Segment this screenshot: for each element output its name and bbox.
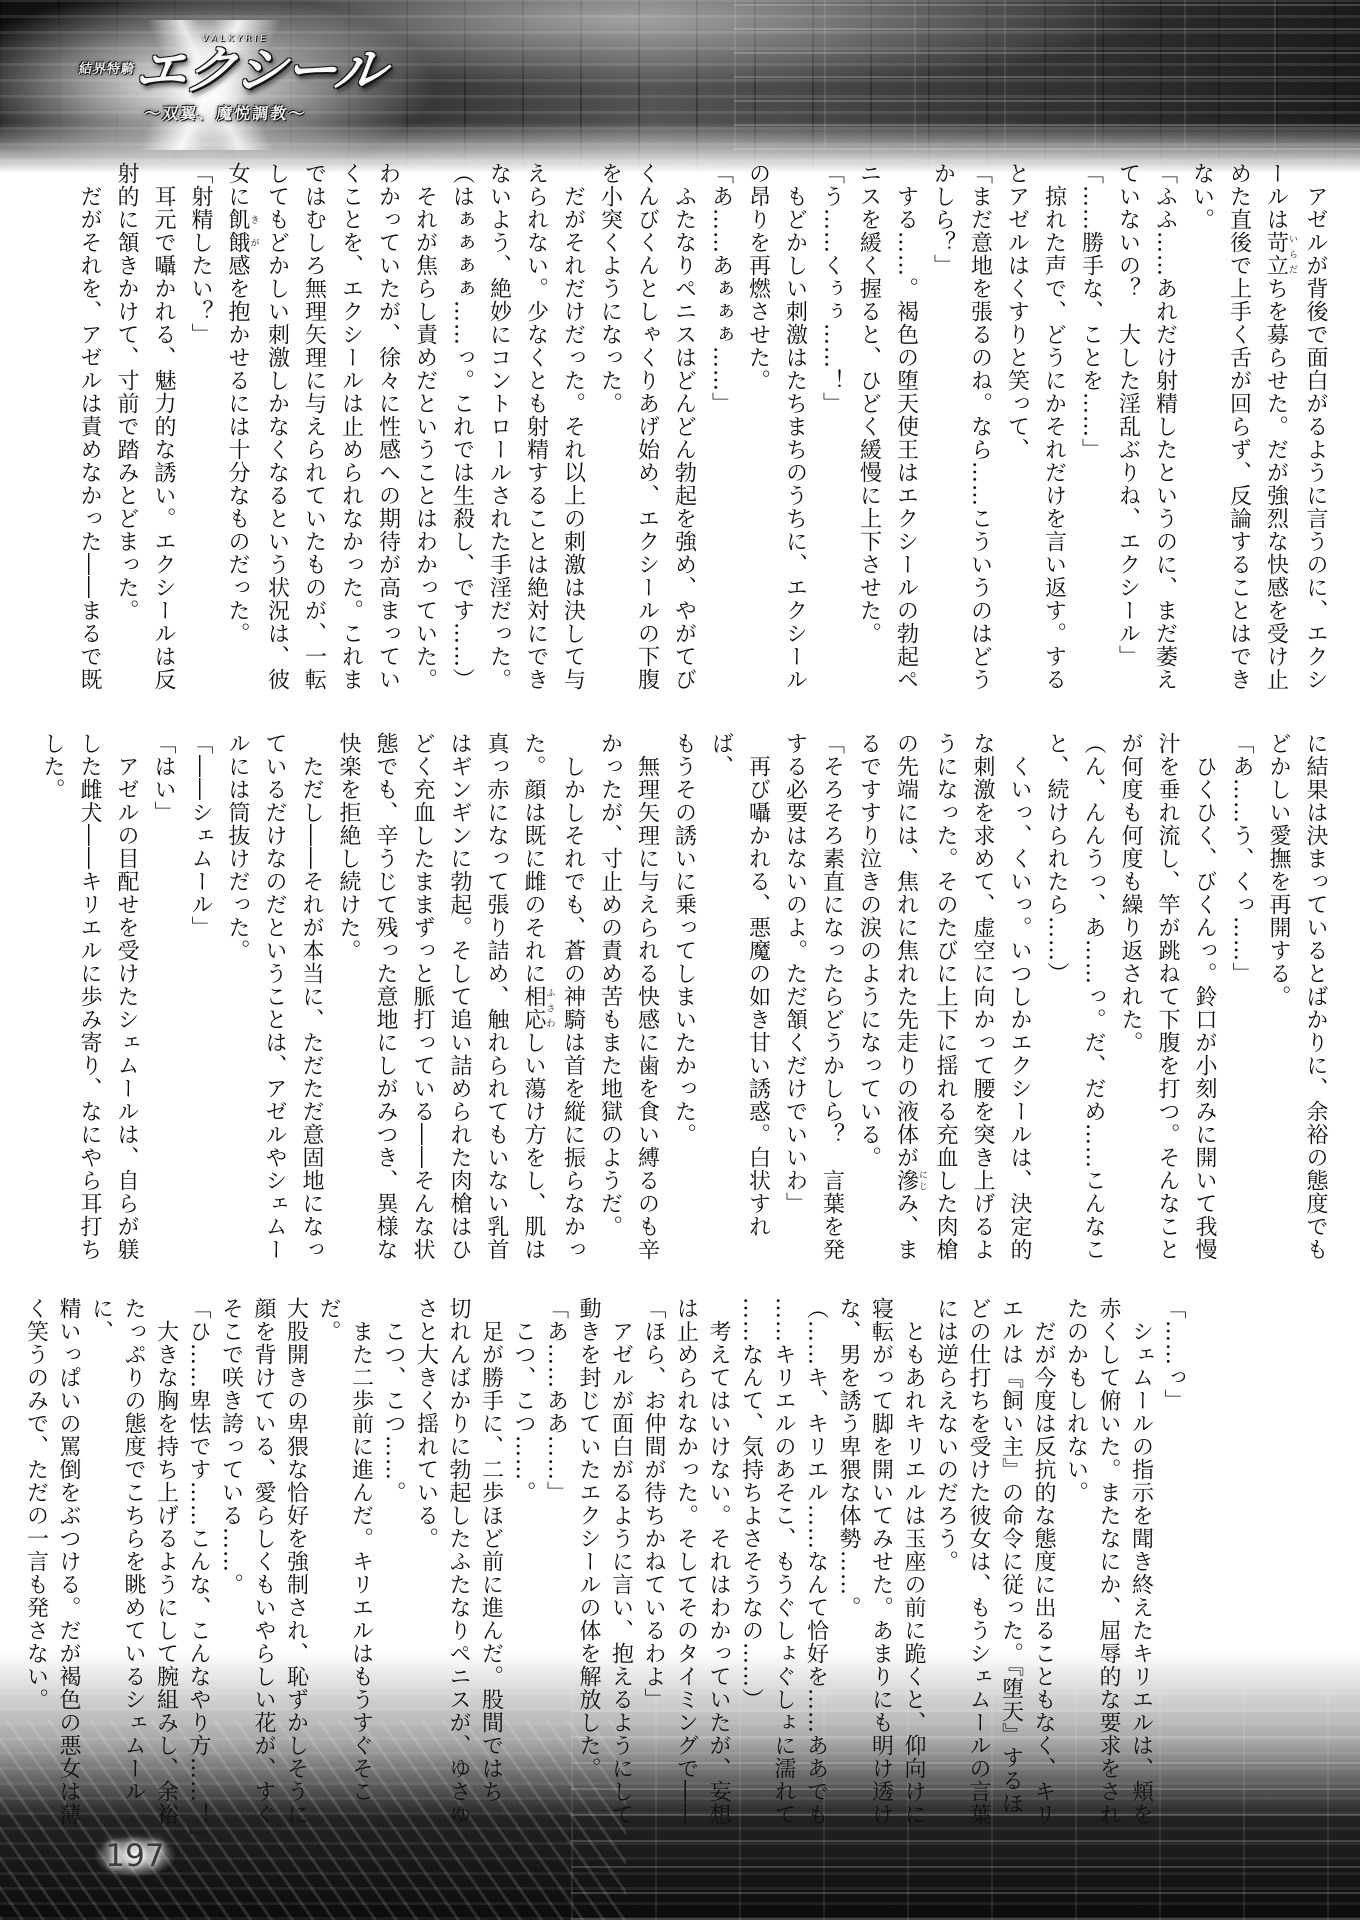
text-line: アゼルが背後で面白がるように言うのに、エクシ xyxy=(1297,162,1334,710)
text-line: めた直後で上手く舌が回らず、反論することはでき xyxy=(1221,162,1258,710)
text-line: くいっ、くいっ。いつしかエクシールは、決定的 xyxy=(1001,732,1038,1280)
text-line: ているだけなのだということは、アゼルやシェムー xyxy=(256,732,293,1280)
text-line: とアゼルはくすりと笑って、 xyxy=(999,162,1036,710)
text-line: かったが、寸止めの責め苦もまた地獄のようだ。 xyxy=(592,732,629,1280)
text-line: かしら？」 xyxy=(925,162,962,710)
text-line: こつ、こつ……。 xyxy=(377,1297,410,1845)
text-line: アゼルが面白がるように言い、抱えるようにして xyxy=(604,1297,637,1845)
text-line: ない。 xyxy=(1184,162,1221,710)
text-line: 掠れた声で、どうにかそれだけを言い返す。する xyxy=(1036,162,1073,710)
vertical-text-block-2: に結果は決まっているとばかりに、余裕の態度でもどかしい愛撫を再開する。「あ……う… xyxy=(86,732,1334,1280)
novel-page: VALKYRIE 結界特騎 エクシール ～双翼、魔悦調教～ アゼルが背後で面白が… xyxy=(0,0,1360,1920)
text-line: した雌犬――キリエルに歩み寄り、なにやら耳打ち xyxy=(71,732,108,1280)
text-line: はギンギンに勃起。そして追い詰められた肉槍はひ xyxy=(441,732,478,1280)
text-line: 「まだ意地を張るのね。なら……こういうのはどう xyxy=(962,162,999,710)
text-line: してもどかしい刺激しかなくなるという状況は、彼 xyxy=(259,162,296,710)
text-line: た。顔は既に雌のそれに相応ふさわしい蕩け方をし、肌は xyxy=(515,732,555,1280)
text-band-3: 「……っ」 シェムールの指示を聞き終えたキリエルは、頬を赤くして俯いた。またなに… xyxy=(86,1297,1334,1845)
vertical-text-block-1: アゼルが背後で面白がるように言うのに、エクシールは苛立いらだちを募らせた。だが強… xyxy=(86,162,1334,710)
text-line: する必要はないのよ。ただ頷くだけでいいわ」 xyxy=(777,732,814,1280)
text-line: シェムールの指示を聞き終えたキリエルは、頬を xyxy=(1124,1297,1157,1845)
text-line: は止められなかった。そしてそのタイミングで―― xyxy=(669,1297,702,1845)
text-line: くんびくんとしゃくりあげ始め、エクシールの下腹 xyxy=(629,162,666,710)
text-line: たっぷりの態度でこちらを眺めているシェムールに、 xyxy=(84,1297,149,1845)
text-line: 無理矢理に与えられる快感に歯を食い縛るのも辛 xyxy=(629,732,666,1280)
text-line: （はぁぁぁぁ……っ。これでは生殺し、です……） xyxy=(444,162,481,710)
text-line: ともあれキリエルは玉座の前に跪くと、仰向けに xyxy=(897,1297,930,1845)
vertical-text-block-3: 「……っ」 シェムールの指示を聞き終えたキリエルは、頬を赤くして俯いた。またなに… xyxy=(86,1297,1334,1845)
text-line: 「――シェムール」 xyxy=(182,732,219,1280)
text-line: と、続けられたら……） xyxy=(1038,732,1075,1280)
text-line: が何度も何度も繰り返された。 xyxy=(1112,732,1149,1280)
text-line: ないよう、絶妙にコントロールされた手淫だった。 xyxy=(481,162,518,710)
text-line: もうその誘いに乗ってしまいたかった。 xyxy=(666,732,703,1280)
text-line: 女に飢餓きが感を抱かせるには十分なものだった。 xyxy=(219,162,259,710)
text-line: 再び囁かれる、悪魔の如き甘い誘惑。白状すれば、 xyxy=(703,732,777,1280)
text-line: 「あ……う、くっ……」 xyxy=(1223,732,1260,1280)
text-line: ールは苛立いらだちを募らせた。だが強烈な快感を受け止 xyxy=(1258,162,1298,710)
text-line: アゼルの目配せを受けたシェムールは、自らが躾 xyxy=(108,732,145,1280)
text-line: ニスを緩く握ると、ひどく緩慢に上下させた。 xyxy=(851,162,888,710)
text-band-1: アゼルが背後で面白がるように言うのに、エクシールは苛立いらだちを募らせた。だが強… xyxy=(86,162,1334,710)
logo-prefix-text: 結界特騎 xyxy=(78,58,136,77)
text-line: どかしい愛撫を再開する。 xyxy=(1260,732,1297,1280)
text-line: ……キリエルのあそこ、もうぐしょぐしょに濡れて xyxy=(767,1297,800,1845)
text-line: ていないの？ 大した淫乱ぶりね、エクシール」 xyxy=(1110,162,1147,710)
series-logo: VALKYRIE 結界特騎 エクシール ～双翼、魔悦調教～ xyxy=(73,34,422,124)
text-line: また二歩前に進んだ。キリエルはもうすぐそこだ。 xyxy=(312,1297,377,1845)
text-line: わかっていたが、徐々に性感への期待が高まってい xyxy=(370,162,407,710)
page-number: 197 xyxy=(80,1826,190,1886)
text-line: ……なんて、気持ちよさそうなの……） xyxy=(734,1297,767,1845)
text-line: 「あ……あぁぁぁ……」 xyxy=(703,162,740,710)
text-line: 「……勝手な、ことを……」 xyxy=(1073,162,1110,710)
text-line: を小突くようになった。 xyxy=(592,162,629,710)
text-line: だがそれを、アゼルは責めなかった――まるで既 xyxy=(71,162,108,710)
text-line: 「そろそろ素直になったらどうかしら？ 言葉を発 xyxy=(814,732,851,1280)
text-line: の先端には、焦れに焦れた先走りの液体が滲にじみ、ま xyxy=(888,732,928,1280)
text-line: する……。褐色の堕天使王はエクシールの勃起ペ xyxy=(888,162,925,710)
text-line: 寝転がって脚を開いてみせた。あまりにも明け透け xyxy=(864,1297,897,1845)
top-decorative-banner: VALKYRIE 結界特騎 エクシール ～双翼、魔悦調教～ xyxy=(0,0,1360,178)
text-line: 真っ赤になって張り詰め、触れられてもいない乳首 xyxy=(478,732,515,1280)
text-line: さと大きく揺れている。 xyxy=(409,1297,442,1845)
text-line: く笑うのみで、ただの一言も発さない。 xyxy=(19,1297,52,1845)
text-line: （ん、んんうっ、あ……っ。だ、だめ……こんなこ xyxy=(1075,732,1112,1280)
text-band-2: に結果は決まっているとばかりに、余裕の態度でもどかしい愛撫を再開する。「あ……う… xyxy=(86,732,1334,1280)
text-line: ふたなりペニスはどんどん勃起を強め、やがてび xyxy=(666,162,703,710)
text-line: 「はい」 xyxy=(145,732,182,1280)
text-line: だがそれだけだった。それ以上の刺激は決して与 xyxy=(555,162,592,710)
text-line: 精いっぱいの罵倒をぶつける。だが褐色の悪女は薄 xyxy=(52,1297,85,1845)
text-line: には逆らえないのだろう。 xyxy=(929,1297,962,1845)
text-line: 足が勝手に、二歩ほど前に進んだ。股間ではち xyxy=(474,1297,507,1845)
text-line: えられない。少なくとも射精することは絶対にでき xyxy=(518,162,555,710)
text-line: ひくひく、びくんっ。鈴口が小刻みに開いて我慢 xyxy=(1186,732,1223,1280)
text-line: エルは『飼い主』の命令に従った。『堕天』するほ xyxy=(994,1297,1027,1845)
text-line: 射的に頷きかけて、寸前で踏みとどまった。 xyxy=(108,162,145,710)
circuit-traces-icon xyxy=(734,0,1360,150)
text-line: 快楽を拒絶し続けた。 xyxy=(330,732,367,1280)
text-line: るですすり泣きの涙のようになっている。 xyxy=(851,732,888,1280)
text-line: 「あ……ああ……」 xyxy=(539,1297,572,1845)
text-line: 耳元で囁かれる、魅力的な誘い。エクシールは反 xyxy=(145,162,182,710)
text-line: こつ、こつ……。 xyxy=(507,1297,540,1845)
text-line: 「射精したい？」 xyxy=(182,162,219,710)
text-line: うになった。そのたびに上下に揺れる充血した肉槍 xyxy=(927,732,964,1280)
text-line: 態でも、辛うじて残った意地にしがみつき、異様な xyxy=(367,732,404,1280)
text-line: 切れんばかりに勃起したふたなりペニスが、ゆさゆ xyxy=(442,1297,475,1845)
text-line: （……キ、キリエル……なんて恰好を……ああでも xyxy=(799,1297,832,1845)
text-line: の昂りを再燃させた。 xyxy=(740,162,777,710)
text-line: どの仕打ちを受けた彼女は、もうシェムールの言葉 xyxy=(962,1297,995,1845)
text-line: ただし――それが本当に、ただただ意固地になっ xyxy=(293,732,330,1280)
logo-title-text: エクシール xyxy=(132,44,387,99)
text-line: した。 xyxy=(34,732,71,1280)
text-line: しかしそれでも、蒼の神騎は首を縦に振らなかっ xyxy=(555,732,592,1280)
text-line: 「……っ」 xyxy=(1157,1297,1190,1845)
text-line: な刺激を求めて、虚空に向かって腰を突き上げるよ xyxy=(964,732,1001,1280)
text-line: 「ひ……卑怯です……こんな、こんなやり方……！」 xyxy=(182,1297,215,1845)
text-line: 顔を背けている、愛らしくもいやらしい花が、すぐ xyxy=(247,1297,280,1845)
text-line: ではむしろ無理矢理に与えられていたものが、一転 xyxy=(296,162,333,710)
text-line: どく充血したままずっと脈打っている――そんな状 xyxy=(404,732,441,1280)
text-line: な、男を誘う卑猥な体勢……。 xyxy=(832,1297,865,1845)
text-line: 「ほら、お仲間が待ちかねているわよ」 xyxy=(637,1297,670,1845)
text-line: くことを、エクシールは止められなかった。これま xyxy=(333,162,370,710)
text-line: 汁を垂れ流し、竿が跳ねて下腹を打つ。そんなこと xyxy=(1149,732,1186,1280)
text-line: そこで咲き誇っている……。 xyxy=(214,1297,247,1845)
text-line: たのかもしれない。 xyxy=(1059,1297,1092,1845)
text-line: 「う……くぅぅ……！」 xyxy=(814,162,851,710)
text-line: 赤くして俯いた。またなにか、屈辱的な要求をされ xyxy=(1092,1297,1125,1845)
text-line: に結果は決まっているとばかりに、余裕の態度でも xyxy=(1297,732,1334,1280)
text-line: 「ふふ……あれだけ射精したというのに、まだ萎え xyxy=(1147,162,1184,710)
text-line: 大股開きの卑猥な恰好を強制され、恥ずかしそうに xyxy=(279,1297,312,1845)
text-line: だが今度は反抗的な態度に出ることもなく、キリ xyxy=(1027,1297,1060,1845)
text-line: 動きを封じていたエクシールの体を解放した。 xyxy=(572,1297,605,1845)
text-line: それが焦らし責めだということはわかっていた。 xyxy=(407,162,444,710)
text-line: もどかしい刺激はたちまちのうちに、エクシール xyxy=(777,162,814,710)
text-line: ルには筒抜けだった。 xyxy=(219,732,256,1280)
text-line: 考えてはいけない。それはわかっていたが、妄想 xyxy=(702,1297,735,1845)
text-line: 大きな胸を持ち上げるようにして腕組みし、余裕 xyxy=(149,1297,182,1845)
logo-subtitle-text: ～双翼、魔悦調教～ xyxy=(143,101,415,124)
